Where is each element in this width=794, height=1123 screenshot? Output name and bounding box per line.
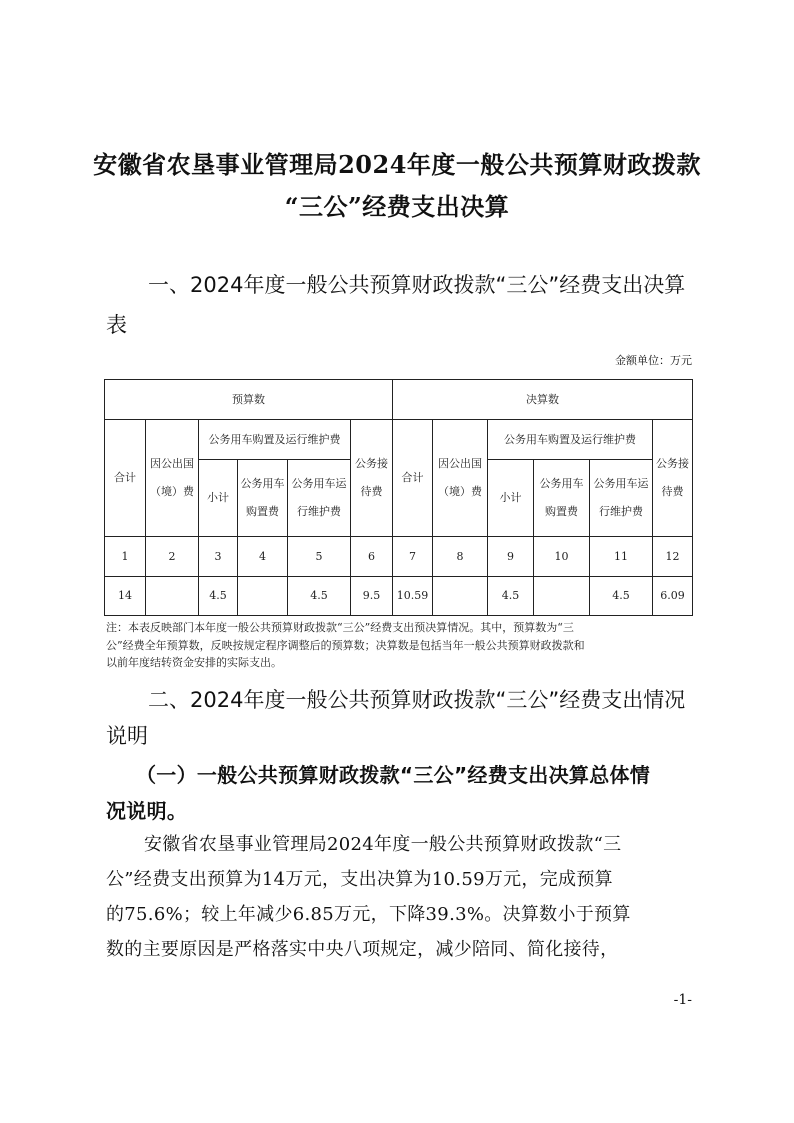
section1-heading-line1: 一、2024年度一般公共预算财政拨款“三公”经费支出决算 <box>106 265 696 305</box>
note-line: 注：本表反映部门本年度一般公共预算财政拨款“三公”经费支出预决算情况。其中，预算… <box>106 619 696 637</box>
table-cell: 10 <box>534 537 590 577</box>
document-title-line1: 安徽省农垦事业管理局2024年度一般公共预算财政拨款 <box>0 145 794 180</box>
header-budget-subtotal: 小计 <box>199 460 238 537</box>
header-budget-operation: 公务用车运行维护费 <box>288 460 351 537</box>
header-text: 购置费 <box>238 498 287 526</box>
header-text: 公务接 <box>653 450 692 478</box>
header-text: 公务用车 <box>534 470 589 498</box>
header-text: 公务用车 <box>238 470 287 498</box>
paragraph-line: 数的主要原因是严格落实中央八项规定，减少陪同、简化接待， <box>106 932 696 967</box>
header-final-subtotal: 小计 <box>488 460 534 537</box>
table-note: 注：本表反映部门本年度一般公共预算财政拨款“三公”经费支出预决算情况。其中，预算… <box>106 619 696 672</box>
header-text: （境）费 <box>433 478 487 506</box>
section2-heading-line1: 二、2024年度一般公共预算财政拨款“三公”经费支出情况 <box>106 680 696 720</box>
subsection1-heading-line2: 况说明。 <box>106 792 696 830</box>
header-final-abroad: 因公出国（境）费 <box>433 420 488 537</box>
header-text: 公务用车运 <box>288 470 350 498</box>
paragraph-line: 安徽省农垦事业管理局2024年度一般公共预算财政拨款“三 <box>106 827 696 862</box>
table-cell: 12 <box>653 537 693 577</box>
page-number: -1- <box>674 992 692 1008</box>
document-title-line2: “三公”经费支出决算 <box>0 187 794 222</box>
table-cell: 5 <box>288 537 351 577</box>
note-line: 公”经费全年预算数，反映按规定程序调整后的预算数；决算数是包括当年一般公共预算财… <box>106 637 696 655</box>
table-cell: 4.5 <box>199 577 238 616</box>
paragraph-line: 公”经费支出预算为14万元，支出决算为10.59万元，完成预算 <box>106 862 696 897</box>
table-cell: 4.5 <box>488 577 534 616</box>
header-text: 因公出国 <box>146 450 198 478</box>
header-text: 因公出国 <box>433 450 487 478</box>
subsection1-heading-line1: （一）一般公共预算财政拨款“三公”经费支出决算总体情 <box>106 756 696 794</box>
header-text: 待费 <box>351 478 392 506</box>
three-public-expenses-table: 预算数 决算数 合计 因公出国（境）费 公务用车购置及运行维护费 公务接待费 合… <box>104 379 693 616</box>
header-text: （境）费 <box>146 478 198 506</box>
table-cell: 9 <box>488 537 534 577</box>
unit-label: 金额单位：万元 <box>615 352 692 368</box>
header-budget-group: 预算数 <box>105 380 393 420</box>
header-text: 待费 <box>653 478 692 506</box>
header-final-group: 决算数 <box>393 380 693 420</box>
overview-paragraph: 安徽省农垦事业管理局2024年度一般公共预算财政拨款“三 公”经费支出预算为14… <box>106 827 696 967</box>
value-row: 14 4.5 4.5 9.5 10.59 4.5 4.5 6.09 <box>105 577 693 616</box>
header-final-total: 合计 <box>393 420 433 537</box>
header-budget-reception: 公务接待费 <box>351 420 393 537</box>
header-text: 行维护费 <box>288 498 350 526</box>
index-row: 1 2 3 4 5 6 7 8 9 10 11 12 <box>105 537 693 577</box>
table-cell: 7 <box>393 537 433 577</box>
table-cell: 3 <box>199 537 238 577</box>
table-cell: 9.5 <box>351 577 393 616</box>
table-cell: 10.59 <box>393 577 433 616</box>
table-cell <box>433 577 488 616</box>
header-budget-abroad: 因公出国（境）费 <box>146 420 199 537</box>
table-cell <box>534 577 590 616</box>
header-final-vehicle-group: 公务用车购置及运行维护费 <box>488 420 653 460</box>
section1-heading: 一、2024年度一般公共预算财政拨款“三公”经费支出决算 <box>106 265 696 305</box>
header-text: 行维护费 <box>590 498 652 526</box>
table-cell <box>238 577 288 616</box>
section1-heading-line2: 表 <box>106 305 696 345</box>
table-cell: 2 <box>146 537 199 577</box>
table-cell: 11 <box>590 537 653 577</box>
header-budget-total: 合计 <box>105 420 146 537</box>
header-text: 公务用车运 <box>590 470 652 498</box>
table-cell: 4.5 <box>288 577 351 616</box>
table-cell: 6 <box>351 537 393 577</box>
header-budget-purchase: 公务用车购置费 <box>238 460 288 537</box>
header-text: 购置费 <box>534 498 589 526</box>
table-cell: 4.5 <box>590 577 653 616</box>
header-text: 公务接 <box>351 450 392 478</box>
note-line: 以前年度结转资金安排的实际支出。 <box>106 654 696 672</box>
table-cell: 14 <box>105 577 146 616</box>
paragraph-line: 的75.6%；较上年减少6.85万元，下降39.3%。决算数小于预算 <box>106 897 696 932</box>
header-final-reception: 公务接待费 <box>653 420 693 537</box>
table-cell: 6.09 <box>653 577 693 616</box>
table-cell <box>146 577 199 616</box>
section2-heading-line2: 说明 <box>106 716 696 756</box>
table-cell: 1 <box>105 537 146 577</box>
table-cell: 4 <box>238 537 288 577</box>
header-budget-vehicle-group: 公务用车购置及运行维护费 <box>199 420 351 460</box>
table-cell: 8 <box>433 537 488 577</box>
header-final-purchase: 公务用车购置费 <box>534 460 590 537</box>
header-final-operation: 公务用车运行维护费 <box>590 460 653 537</box>
